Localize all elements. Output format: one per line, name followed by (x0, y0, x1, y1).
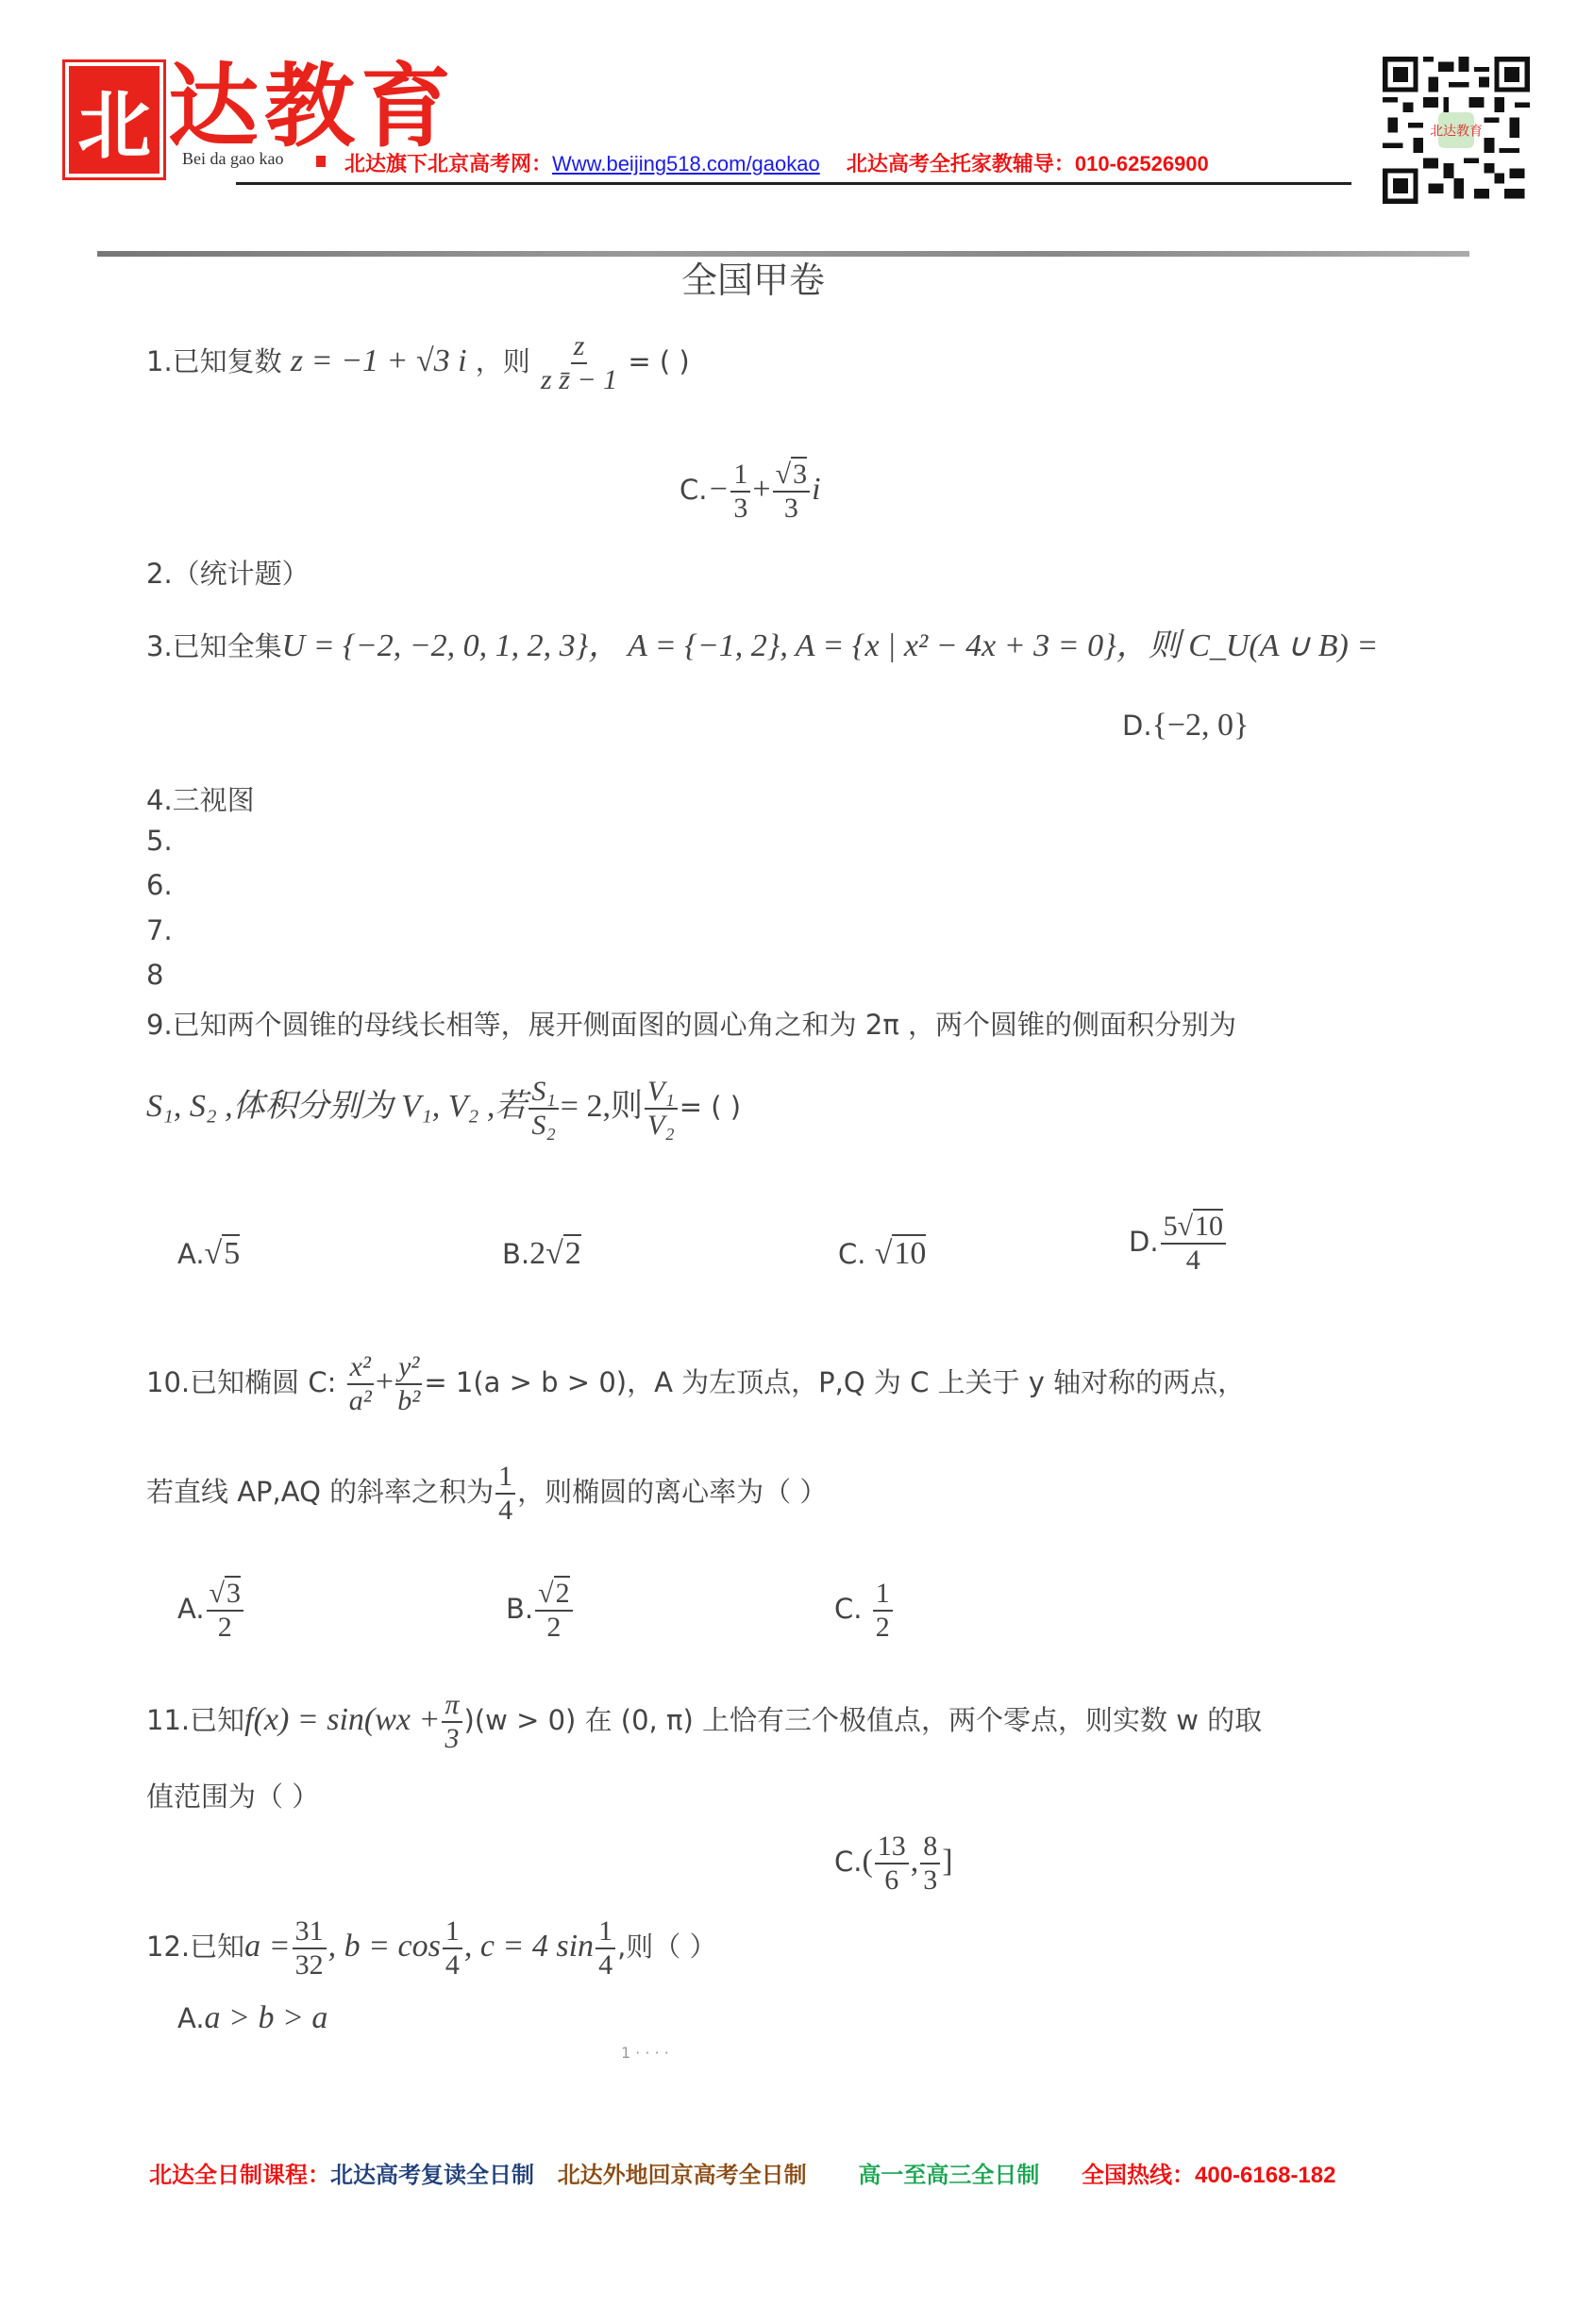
question-9-line1: 9.已知两个圆锥的母线长相等，展开侧面图的圆心角之和为 2π ，两个圆锥的侧面积… (146, 1004, 1236, 1043)
q10-option-a: A.√32 (177, 1578, 245, 1644)
question-2: 2.（统计题） (146, 553, 310, 592)
q9-option-b: B.2√2 (502, 1236, 581, 1272)
q11-option-c: C.(136,83] (834, 1831, 953, 1897)
header-contact-line: 北达旗下北京高考网：Www.beijing518.com/gaokao 北达高考… (344, 148, 1209, 177)
question-6: 6. (146, 869, 173, 901)
question-10-line2: 若直线 AP,AQ 的斜率之积为14，则椭圆的离心率为（ ） (146, 1461, 827, 1527)
page-marks: 1 · · · · (621, 2044, 669, 2062)
question-3: 3.已知全集U = {−2, −2, 0, 1, 2, 3}， A = {−1,… (146, 619, 1378, 665)
question-11-line2: 值范围为（ ） (146, 1776, 319, 1814)
tutoring-hotline: 北达高考全托家教辅导：010-62526900 (847, 152, 1209, 176)
q9-option-a: A.√5 (177, 1236, 240, 1272)
question-11-line1: 11.已知f(x) = sin(wx +π3)(w > 0) 在 (0, π) … (146, 1689, 1262, 1755)
question-12: 12.已知a =3132, b = cos14, c = 4 sin14,则（ … (146, 1915, 717, 1981)
brand-logo-seal: 北 (62, 59, 166, 180)
q9-option-d: D.5√104 (1129, 1211, 1228, 1277)
question-7: 7. (146, 914, 173, 946)
q1-option-c: C.−13+√33i (680, 459, 821, 525)
question-5: 5. (146, 825, 173, 857)
brand-logo-text: 达教育 (168, 55, 457, 159)
svg-text:北达教育: 北达教育 (1430, 123, 1483, 139)
question-9-line2: S₁, S₂ ,体积分别为 V₁, V₂ ,若S₁S₂= 2,则V₁V₂= ( … (146, 1076, 741, 1142)
q10-option-c: C. 12 (834, 1578, 895, 1644)
question-1: 1.已知复数 z = −1 + √3 i ，则 zz z̄ − 1 = ( ) (146, 330, 690, 396)
footer-courses: 北达全日制课程：北达高考复读全日制 北达外地回京高考全日制 高一至高三全日制 全… (149, 2156, 1335, 2189)
site-label: 北达旗下北京高考网： (344, 152, 552, 176)
qr-code-icon[interactable]: 北达教育 (1382, 57, 1531, 204)
question-8: 8 (146, 959, 163, 991)
q10-option-b: B.√22 (506, 1578, 575, 1644)
question-10-line1: 10.已知椭圆 C: x²a²+y²b²= 1(a > b > 0)，A 为左顶… (146, 1351, 1245, 1417)
question-4: 4.三视图 (146, 779, 255, 818)
paper-title: 全国甲卷 (0, 251, 1506, 303)
q9-option-c: C. √10 (838, 1236, 926, 1272)
q12-option-a: A.a > b > a (177, 2000, 327, 2036)
bullet-square-icon (316, 156, 326, 167)
header-divider (236, 182, 1351, 185)
brand-english-name: Bei da gao kao (182, 149, 283, 169)
footer-hotline: 全国热线：400-6168-182 (1082, 2163, 1335, 2188)
logo-char: 北 (77, 67, 151, 173)
site-link[interactable]: Www.beijing518.com/gaokao (552, 152, 820, 176)
q3-option-d: D.{−2, 0} (1122, 708, 1249, 744)
fraction: zz z̄ − 1 (541, 330, 617, 396)
